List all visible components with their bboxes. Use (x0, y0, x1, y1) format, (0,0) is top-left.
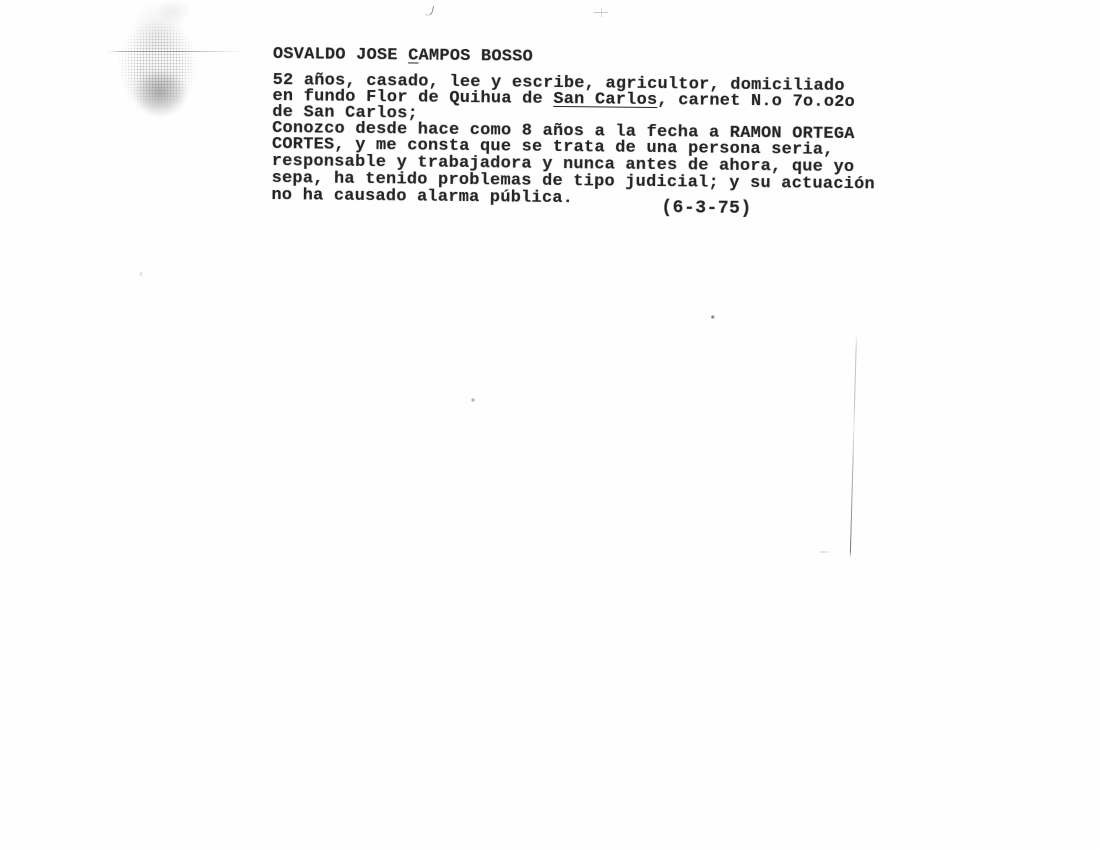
typewritten-text: OSVALDO JOSE CAMPOS BOSSO 52 años, casad… (271, 46, 913, 273)
squiggle-mark (425, 4, 434, 16)
plus-mark-vertical (601, 8, 602, 17)
line2-post: , carnet N.o 7o.o2o (657, 91, 855, 112)
plus-mark (594, 8, 608, 17)
ink-dot (471, 398, 475, 402)
ink-dot (711, 315, 715, 319)
line2-underlined-place: San Carlos (553, 90, 657, 110)
document-heading: OSVALDO JOSE CAMPOS BOSSO (273, 46, 533, 66)
smudge-speckle (103, 2, 213, 122)
scan-line-artifact (108, 51, 242, 52)
text-line: no ha causado alarma pública. (271, 187, 573, 207)
faint-mark (139, 270, 143, 278)
heading-pre: OSVALDO JOSE (273, 45, 408, 65)
heading-post: AMPOS BOSSO (418, 47, 533, 67)
scanned-page: OSVALDO JOSE CAMPOS BOSSO 52 años, casad… (0, 0, 1100, 850)
scratch-end-smear (820, 551, 830, 553)
heading-underlined-letter: C (408, 46, 419, 65)
vertical-scratch (850, 334, 858, 558)
date-stamp: (6-3-75) (661, 198, 752, 219)
smudge-stain (103, 2, 213, 122)
